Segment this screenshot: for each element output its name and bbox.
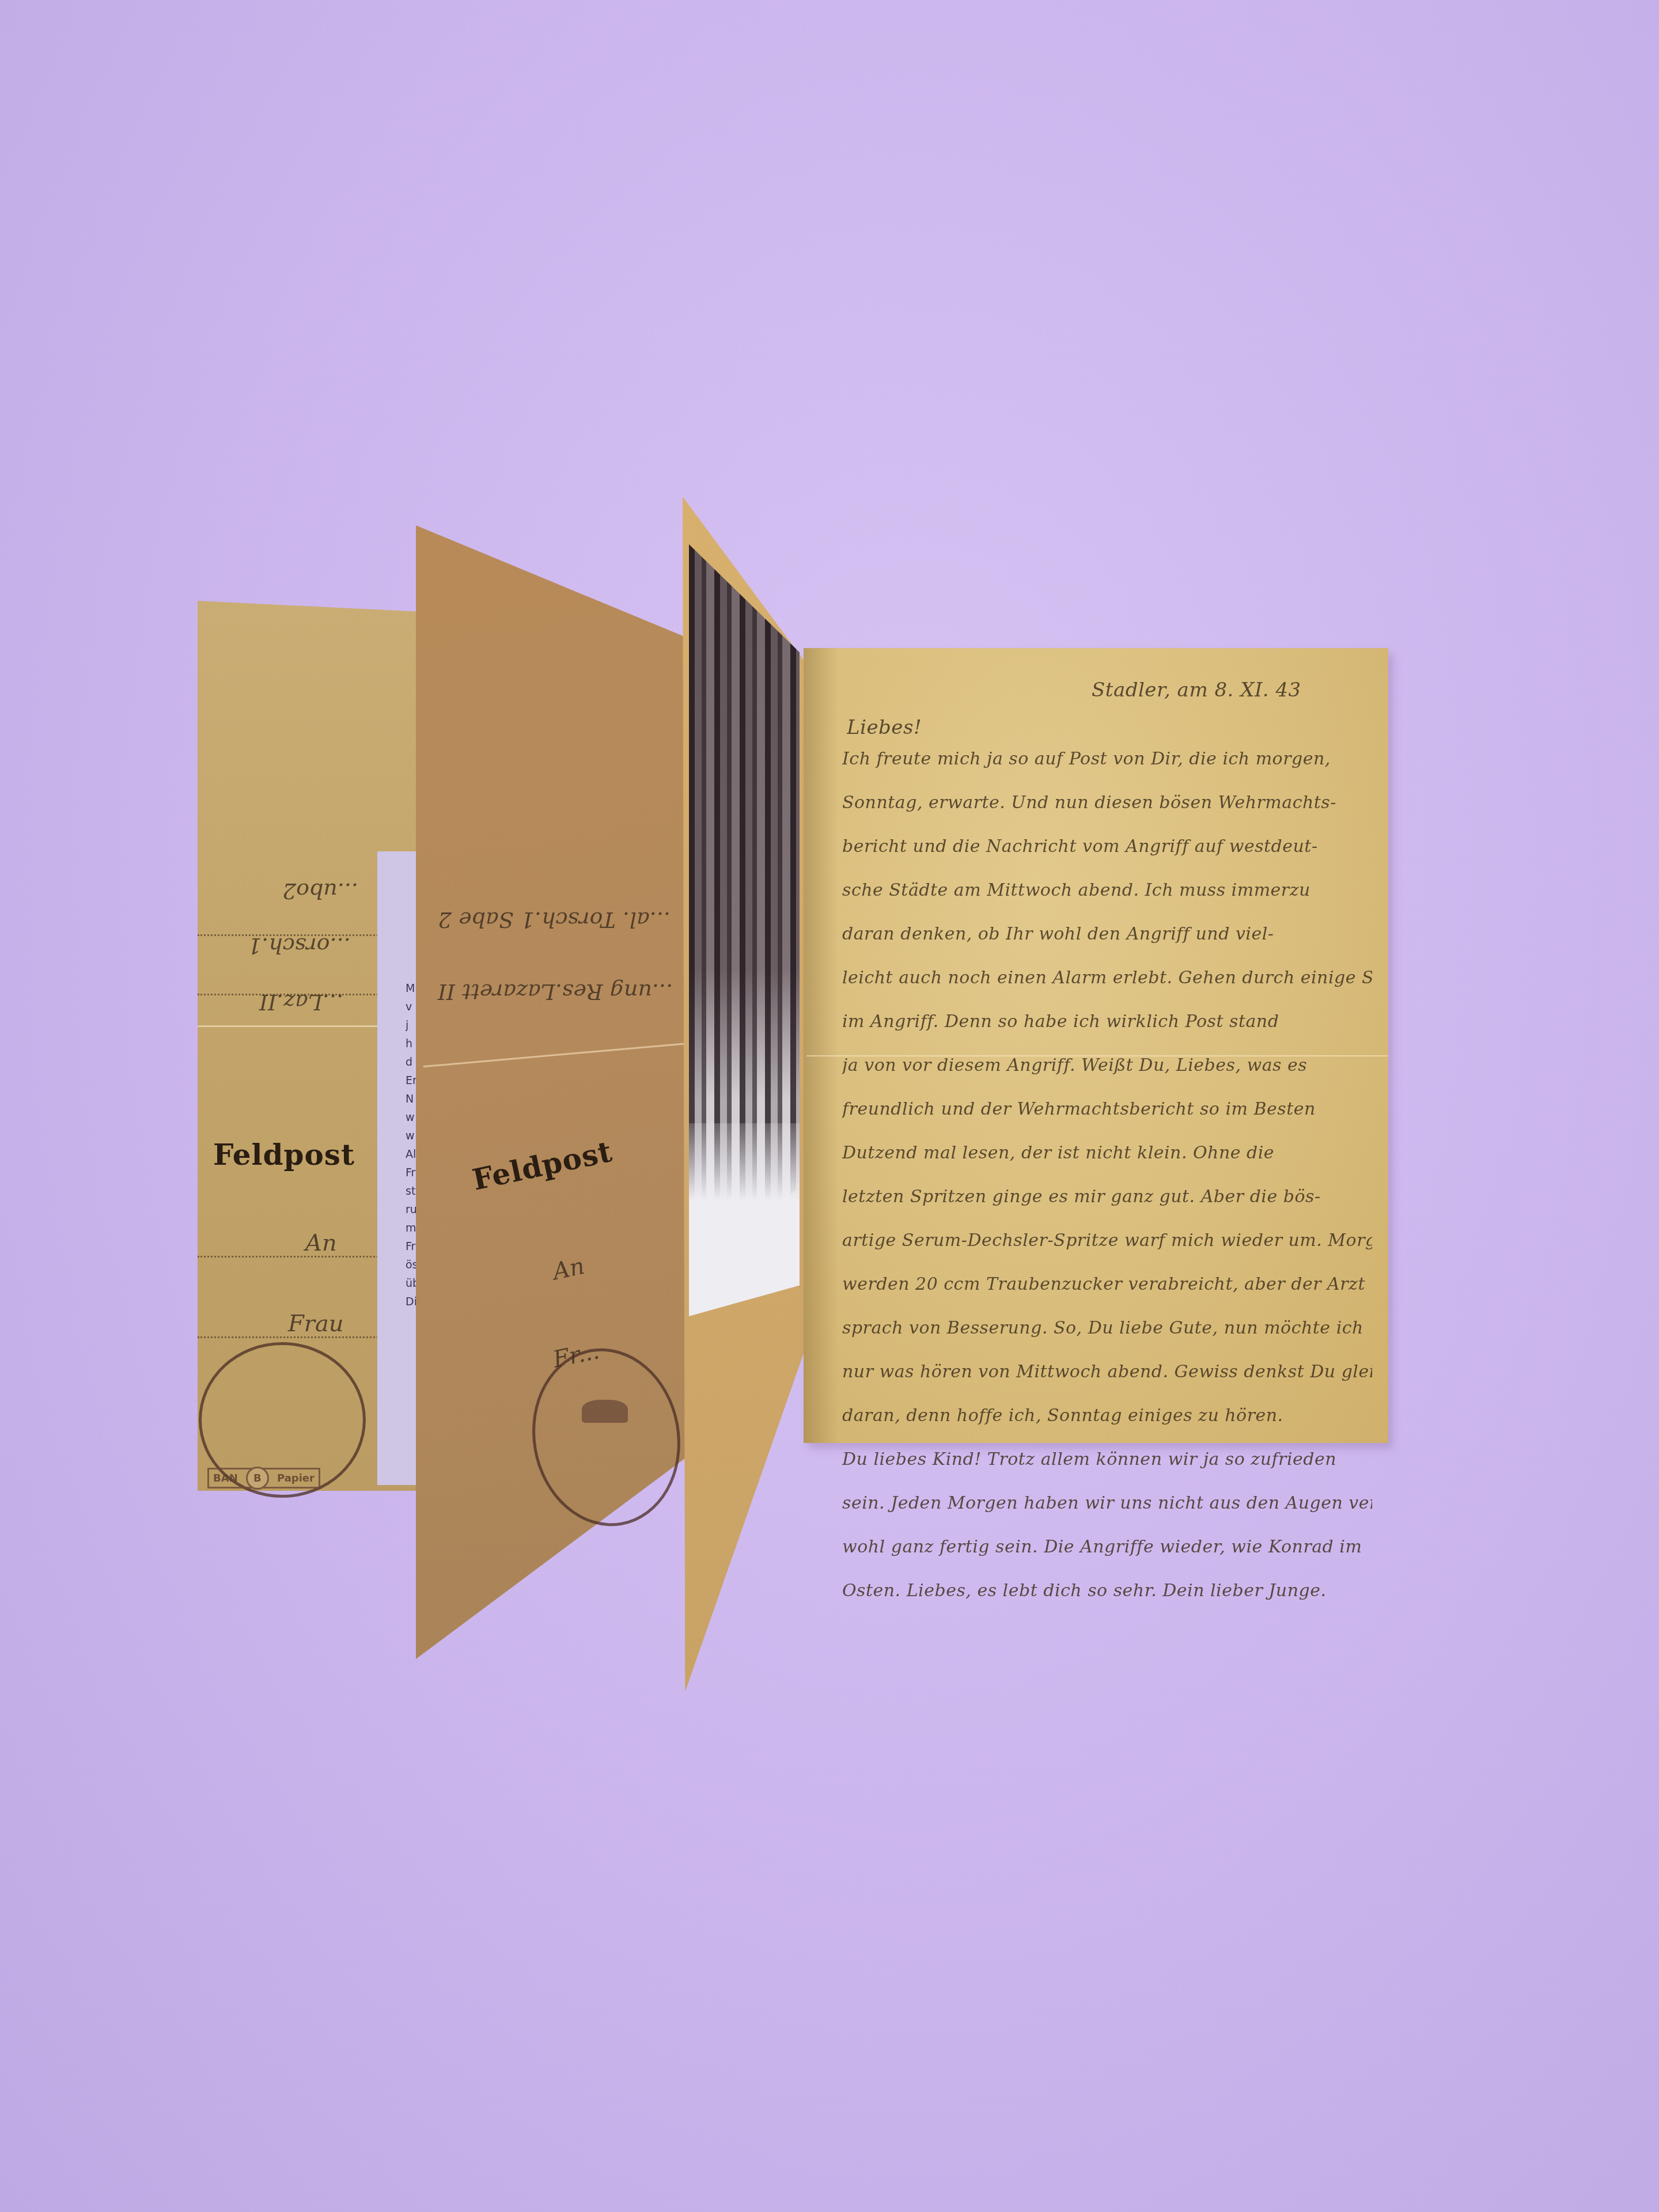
letter-line: letzten Spritzen ginge es mir ganz gut. … [842,1175,1372,1219]
letter-gutter-shadow [804,648,838,1443]
letter-line: bericht und die Nachricht vom Angriff au… [842,825,1372,869]
letter-line: Dutzend mal lesen, der ist nicht klein. … [842,1131,1372,1175]
upside-down-address-line: ...ung Res.Lazarett II [438,979,673,1005]
paper-maker-mark: BAN B Papier [207,1468,320,1488]
letter-line: leicht auch noch einen Alarm erlebt. Geh… [842,956,1372,1000]
upside-down-address-line: ...ubo2 [282,878,358,904]
letter-line: Sonntag, erwarte. Und nun diesen bösen W… [842,781,1372,825]
letter-line: im Angriff. Denn so habe ich wirklich Po… [842,1000,1372,1044]
letter-date-line: Stadler, am 8. XI. 43 [1092,668,1301,712]
address-recipient: Frau [288,1310,343,1337]
letter-line: ja von vor diesem Angriff. Weißt Du, Lie… [842,1044,1372,1088]
paper-mark-logo-icon: B [246,1467,269,1490]
letter-line: freundlich und der Wehrmachtsbericht so … [842,1088,1372,1131]
upside-down-address-line: ...orsch.1 [248,933,351,959]
letter-line: Du liebes Kind! Trotz allem können wir j… [842,1438,1372,1482]
letter-line: sein. Jeden Morgen haben wir uns nicht a… [842,1482,1372,1525]
letter-line: Osten. Liebes, es lebt dich so sehr. Dei… [842,1569,1372,1613]
letter-line: daran denken, ob Ihr wohl den Angriff un… [842,912,1372,956]
photo-snow-ground [689,1123,800,1316]
letter-line: daran, denn hoffe ich, Sonntag einiges z… [842,1394,1372,1438]
address-dotted-line [198,1256,382,1257]
paper-mark-right: Papier [277,1472,315,1484]
letter-line: nur was hören von Mittwoch abend. Gewiss… [842,1350,1372,1394]
address-to: An [305,1230,337,1256]
letter-line: wohl ganz fertig sein. Die Angriffe wied… [842,1525,1372,1569]
upside-down-address-line: ...Laz.II [259,990,343,1015]
letter-line: sprach von Besserung. So, Du liebe Gute,… [842,1306,1372,1350]
upside-down-address-line: ...al. Torsch.1 Sabe 2 [438,907,671,933]
letter-line: Ich freute mich ja so auf Post von Dir, … [842,737,1372,781]
letter-line: artige Serum-Dechsler-Spritze warf mich … [842,1219,1372,1263]
paper-mark-left: BAN [213,1472,238,1484]
eagle-emblem-icon [582,1400,628,1423]
letter-body: Ich freute mich ja so auf Post von Dir, … [842,737,1372,1613]
letter-line: sche Städte am Mittwoch abend. Ich muss … [842,869,1372,912]
feldpost-heading: Feldpost [213,1138,355,1172]
letter-line: werden 20 ccm Traubenzucker verabreicht,… [842,1263,1372,1306]
